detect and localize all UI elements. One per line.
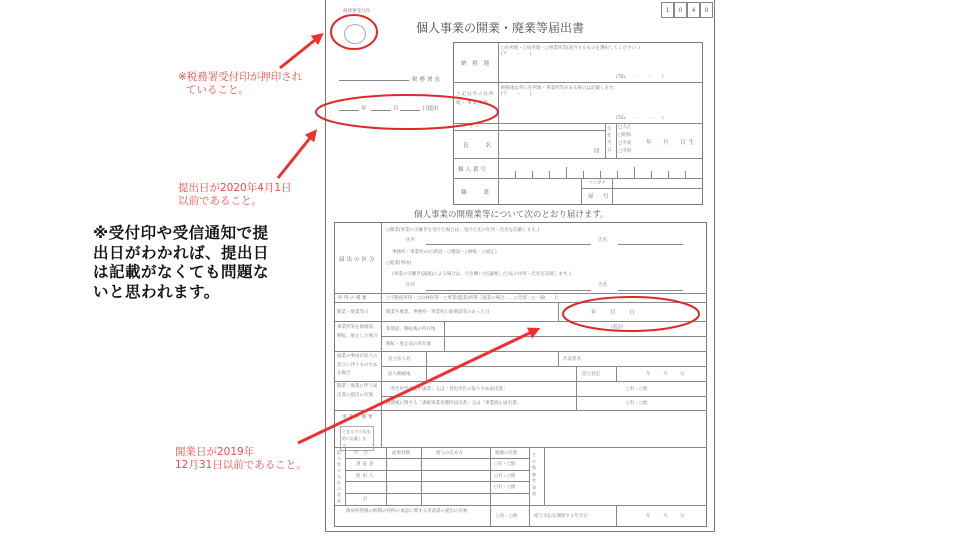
era-heisei: □平成 [618,140,631,146]
my-number-tick [549,171,550,178]
stamp-arrow [280,36,320,68]
new-location-tel: (電話) [611,324,624,330]
trade-col-divider [581,178,582,205]
start-date-annotation-line: 12月31日以前であること。 [175,459,307,472]
related-divider [576,381,577,410]
rep-name-label: 代表者名 [563,356,581,362]
furigana-label: フリガナ [456,124,482,130]
salary-yes-no: ○有・○無 [494,461,515,467]
submit-year-line [339,110,359,111]
salary-label: 給与等の支払の状況 [337,450,343,504]
my-number-tick [566,167,567,178]
withholding-yes-no: ○有・○無 [496,513,517,519]
my-number-tick [532,171,533,178]
salary-divider [490,447,491,505]
close-name: 氏名 [598,282,607,288]
salary-yes-no: ○有・○無 [494,473,515,479]
row-divider [453,158,703,159]
my-number-tick [634,167,635,178]
submit-date-annotation-line: 以前であること。 [178,195,292,208]
row-divider [334,302,707,303]
other-address-postal: (〒 － ) [501,91,532,97]
salary-start-value: 年 月 日 [646,513,689,519]
tax-place-postal: (〒 － ) [501,51,532,57]
side-note-line: いと思われます。 [93,283,269,303]
salary-row [345,458,529,459]
form-title: 個人事業の開業・廃業等届出書 [416,19,584,36]
era-taisho: □大正 [618,124,631,130]
birth-label: 生年月日 [607,126,613,154]
start-date-value: 年 月 日 [591,308,639,316]
name-line [618,244,683,245]
row-divider [381,396,707,397]
corp-tax-place-label: 法人納税地 [388,371,411,377]
row-divider [334,447,707,448]
side-note: ※受付印や受信通知で提 出日がわかれば、提出日 は記載がなくても問題な いと思わ… [93,224,269,302]
category-close: ○廃業(事由) [386,260,411,266]
salary-row [345,493,529,494]
established-date: 年 月 日 [646,371,689,377]
side-note-line: ※受付印や受信通知で提 [93,224,269,244]
related-label: 開業・廃業に伴う届出書の提出の有無 [337,383,379,400]
my-number-tick [685,171,686,178]
my-number-tick [600,171,601,178]
category-address: 住所 [406,237,415,243]
category-name: 氏名 [598,237,607,243]
start-date-desc: 開業や廃業、事務所・事業所の新増設等のあった日 [386,309,489,315]
salary-yes-no: ○有・○無 [494,484,515,490]
occupation-label: 職 業 [461,188,491,196]
side-note-line: は記載がなくても問題な [93,263,269,283]
income-type-label: 所得の種類 [338,295,368,301]
tax-office-line [339,80,409,81]
submit-date-annotation-line: 提出日が2020年4月1日 [178,182,292,195]
stamp-annotation-line: ていること。 [178,84,302,97]
salary-header: 給与の定め方 [436,450,463,456]
salary-row [345,481,529,482]
name-label: 氏 名 [463,141,493,149]
main-col-divider [381,222,382,417]
row-divider [453,123,703,124]
category-label: 届出の区分 [339,255,377,263]
salary-start-label: 給与支払を開始する年月日 [534,513,588,519]
row-divider [453,82,703,83]
row-divider [381,336,707,337]
form-code-digit: 0 [700,2,713,18]
bottom-divider [529,505,530,527]
salary-divider [529,447,530,505]
row-divider [334,351,707,352]
salary-row-label: 専従者 [356,461,376,467]
submit-day-label: 日提出 [422,104,439,112]
corp-name-label: 設立法人名 [388,356,411,362]
category-open: ○開業(事業の引継ぎを受けた場合は、受けた先の住所・氏名を記載します。) [386,227,539,233]
my-number-tick [583,171,584,178]
form-code-digit: 1 [661,2,674,18]
stamp-circle [344,24,366,44]
corp-label: 廃業の事由が法人の設立に伴うものである場合 [337,353,379,379]
established-label: 設立登記 [582,371,600,377]
related-blue-yes-no: ○有・○無 [626,386,647,392]
salary-divider [544,447,545,505]
corp-divider [576,366,577,381]
seal-mark: 印 [594,147,600,155]
overview-label: 事業の概要 [342,414,375,420]
row-divider [334,410,707,411]
salary-divider [421,447,422,505]
salary-row [345,470,529,471]
era-reiwa: □令和 [618,148,631,154]
start-date-divider [558,302,559,321]
row-divider [381,366,707,367]
stamp-annotation: ※税務署受付印が押印され ていること。 [178,71,302,97]
other-address-label: 上記以外の住所地・事業所等 [456,90,496,108]
start-date-annotation-line: 開業日が2019年 [175,446,307,459]
submit-date-arrow [278,133,314,178]
address-line [426,244,591,245]
my-number-tick [617,171,618,178]
my-number-tick [515,171,516,178]
trade-col-divider [612,178,613,205]
my-number-label: 個人番号 [458,165,488,173]
salary-row-label: 計 [363,496,368,502]
birth-date: 年 月 日生 [646,138,697,146]
close-address: 住所 [406,282,415,288]
related-consumption-yes-no: ○有・○無 [626,400,647,406]
row-divider [334,321,707,322]
corp-divider [616,366,617,381]
salary-header: 従事員数 [392,450,410,456]
submit-month-label: 月 [393,104,399,112]
my-number-tick [668,171,669,178]
form-document: 税務署受付印 1 0 4 0 個人事業の開業・廃業等届出書 税務署長 年 月 日… [325,0,715,532]
birth-col-divider [605,123,606,158]
salary-row-label: 使用人 [356,473,376,479]
office-change: 事務所・事業所の(○新設・○増設・○移転・○廃止) [392,249,497,255]
close-note: (事業の引継ぎ(譲渡)による場合は、引き継いだ(譲渡した)先の住所・氏名を記載し… [392,271,571,277]
form-code-digit: 0 [674,2,687,18]
office-divider [444,321,445,351]
new-location-label: 新増設、移転後の所在地 [386,326,436,332]
form-subtitle: 個人事業の開廃業等について次のとおり届けます。 [414,208,609,220]
corp-divider [426,351,427,381]
start-date-annotation: 開業日が2019年 12月31日以前であること。 [175,446,307,472]
salary-divider [386,447,387,505]
row-divider [453,130,605,131]
trade-name-label: 屋 号 [588,192,611,200]
close-address-line [426,290,591,291]
tax-place-label: 納 税 地 [461,59,491,67]
income-types: ○不動産所得・○山林所得・○事業(農業)所得〔廃業の場合……○全部・○一部( )… [386,295,561,301]
bottom-divider [490,505,491,527]
bottom-divider [616,505,617,527]
start-date-label: 開業・廃業等日 [337,309,369,315]
related-blue-return: 「青色申告承認申請書」又は「青色申告の取りやめ届出書」 [386,386,508,392]
trade-divider [581,188,703,189]
birth-col-divider [616,123,617,158]
other-label: その他参考事項 [532,452,538,498]
form-code-digit: 4 [687,2,700,18]
salary-header: 区 分 [354,450,368,456]
era-showa: □昭和 [618,132,631,138]
close-name-line [618,290,683,291]
submit-month-line [371,110,391,111]
salary-header: 税額の有無 [495,450,518,456]
row-divider [334,293,707,294]
stamp-annotation-line: ※税務署受付印が押印され [178,71,302,84]
related-consumption-tax: 消費税に関する「課税事業者選択届出書」又は「事業廃止届出書」 [386,400,521,406]
trade-furigana: フリガナ [588,180,606,186]
my-number-tick [651,171,652,178]
row-divider [334,381,707,382]
submit-date-annotation: 提出日が2020年4月1日 以前であること。 [178,182,292,208]
stamp-label: 税務署受付印 [343,8,370,14]
row-divider [334,505,707,506]
tax-office-suffix: 税務署長 [412,75,442,83]
row-divider [453,178,703,179]
old-location-label: 移転・廃止前の所在地 [386,341,431,347]
corp-divider [558,351,559,366]
overview-divider [381,410,382,447]
other-address-tel: (TEL － － ) [616,115,664,121]
salary-divider [345,447,346,505]
submit-day-line [400,110,420,111]
side-note-line: 出日がわかれば、提出日 [93,244,269,264]
tax-place-tel: (TEL － － ) [616,74,664,80]
withholding-label: 源泉所得税の納期の特例の承認に関する申請書の提出の有無 [346,508,486,515]
submit-year-label: 年 [361,104,367,112]
office-label: 事業所等を新増設、移転、廃止した場合 [337,323,379,341]
